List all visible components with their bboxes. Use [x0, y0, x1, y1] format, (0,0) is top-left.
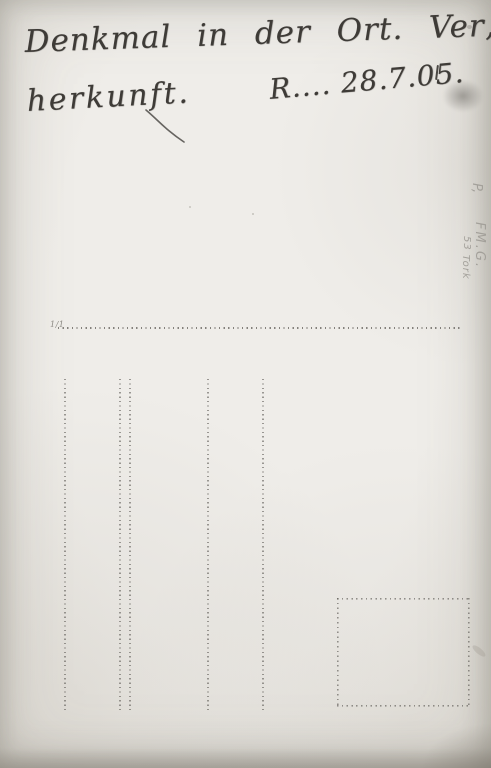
pencil-annotation-sub: 53Tork: [460, 222, 472, 290]
pencil-annotation-word: Tork: [460, 255, 471, 280]
corner-shadow: [421, 723, 491, 768]
dust-speck: [189, 206, 191, 208]
dust-speck: [467, 25, 472, 29]
scratch-streak: [471, 644, 487, 659]
pencil-annotation-main: FM.G.: [471, 222, 486, 290]
pencil-annotation: FM.G. 53Tork: [418, 222, 486, 290]
stamp-box: [337, 598, 470, 707]
handwriting-date-note: R.... 28.7.05.: [268, 56, 465, 106]
divider-dotted-line: [58, 327, 463, 329]
address-dotted-line-5: [262, 379, 264, 712]
bottom-edge-shadow: [0, 748, 491, 768]
address-dotted-line-1: [64, 379, 66, 712]
address-dotted-line-3: [129, 379, 131, 712]
address-dotted-line-4: [207, 379, 209, 712]
address-dotted-line-2: [119, 379, 121, 712]
pencil-annotation-number: 53: [461, 236, 472, 251]
ink-smudge: [443, 80, 483, 112]
dust-speck: [252, 213, 254, 215]
handwriting-line-1: Denkmal in der Ort. Ver„: [24, 7, 491, 60]
handwriting-flourish: [140, 108, 200, 148]
pencil-mark-top: P,: [458, 183, 484, 209]
postcard-back: Denkmal in der Ort. Ver„ herkunft. R....…: [0, 0, 491, 768]
